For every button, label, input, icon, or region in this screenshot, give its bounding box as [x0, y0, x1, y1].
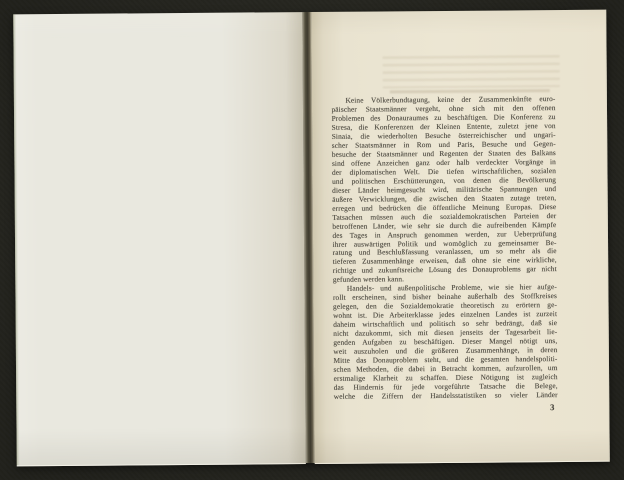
open-book-scan: Keine Völkerbundtagung, keine der Zusamm… [13, 10, 610, 466]
text-line: welche die Ziffern der Handelsstatistike… [334, 390, 558, 401]
bleed-through-heading [389, 89, 549, 93]
page-number: 3 [334, 402, 555, 414]
scanner-backdrop: Keine Völkerbundtagung, keine der Zusamm… [0, 0, 624, 480]
bleed-through-text [382, 55, 559, 88]
page-text: Keine Völkerbundtagung, keine der Zusamm… [331, 94, 557, 401]
left-blank-page [13, 12, 305, 466]
right-text-page: Keine Völkerbundtagung, keine der Zusamm… [311, 10, 610, 464]
